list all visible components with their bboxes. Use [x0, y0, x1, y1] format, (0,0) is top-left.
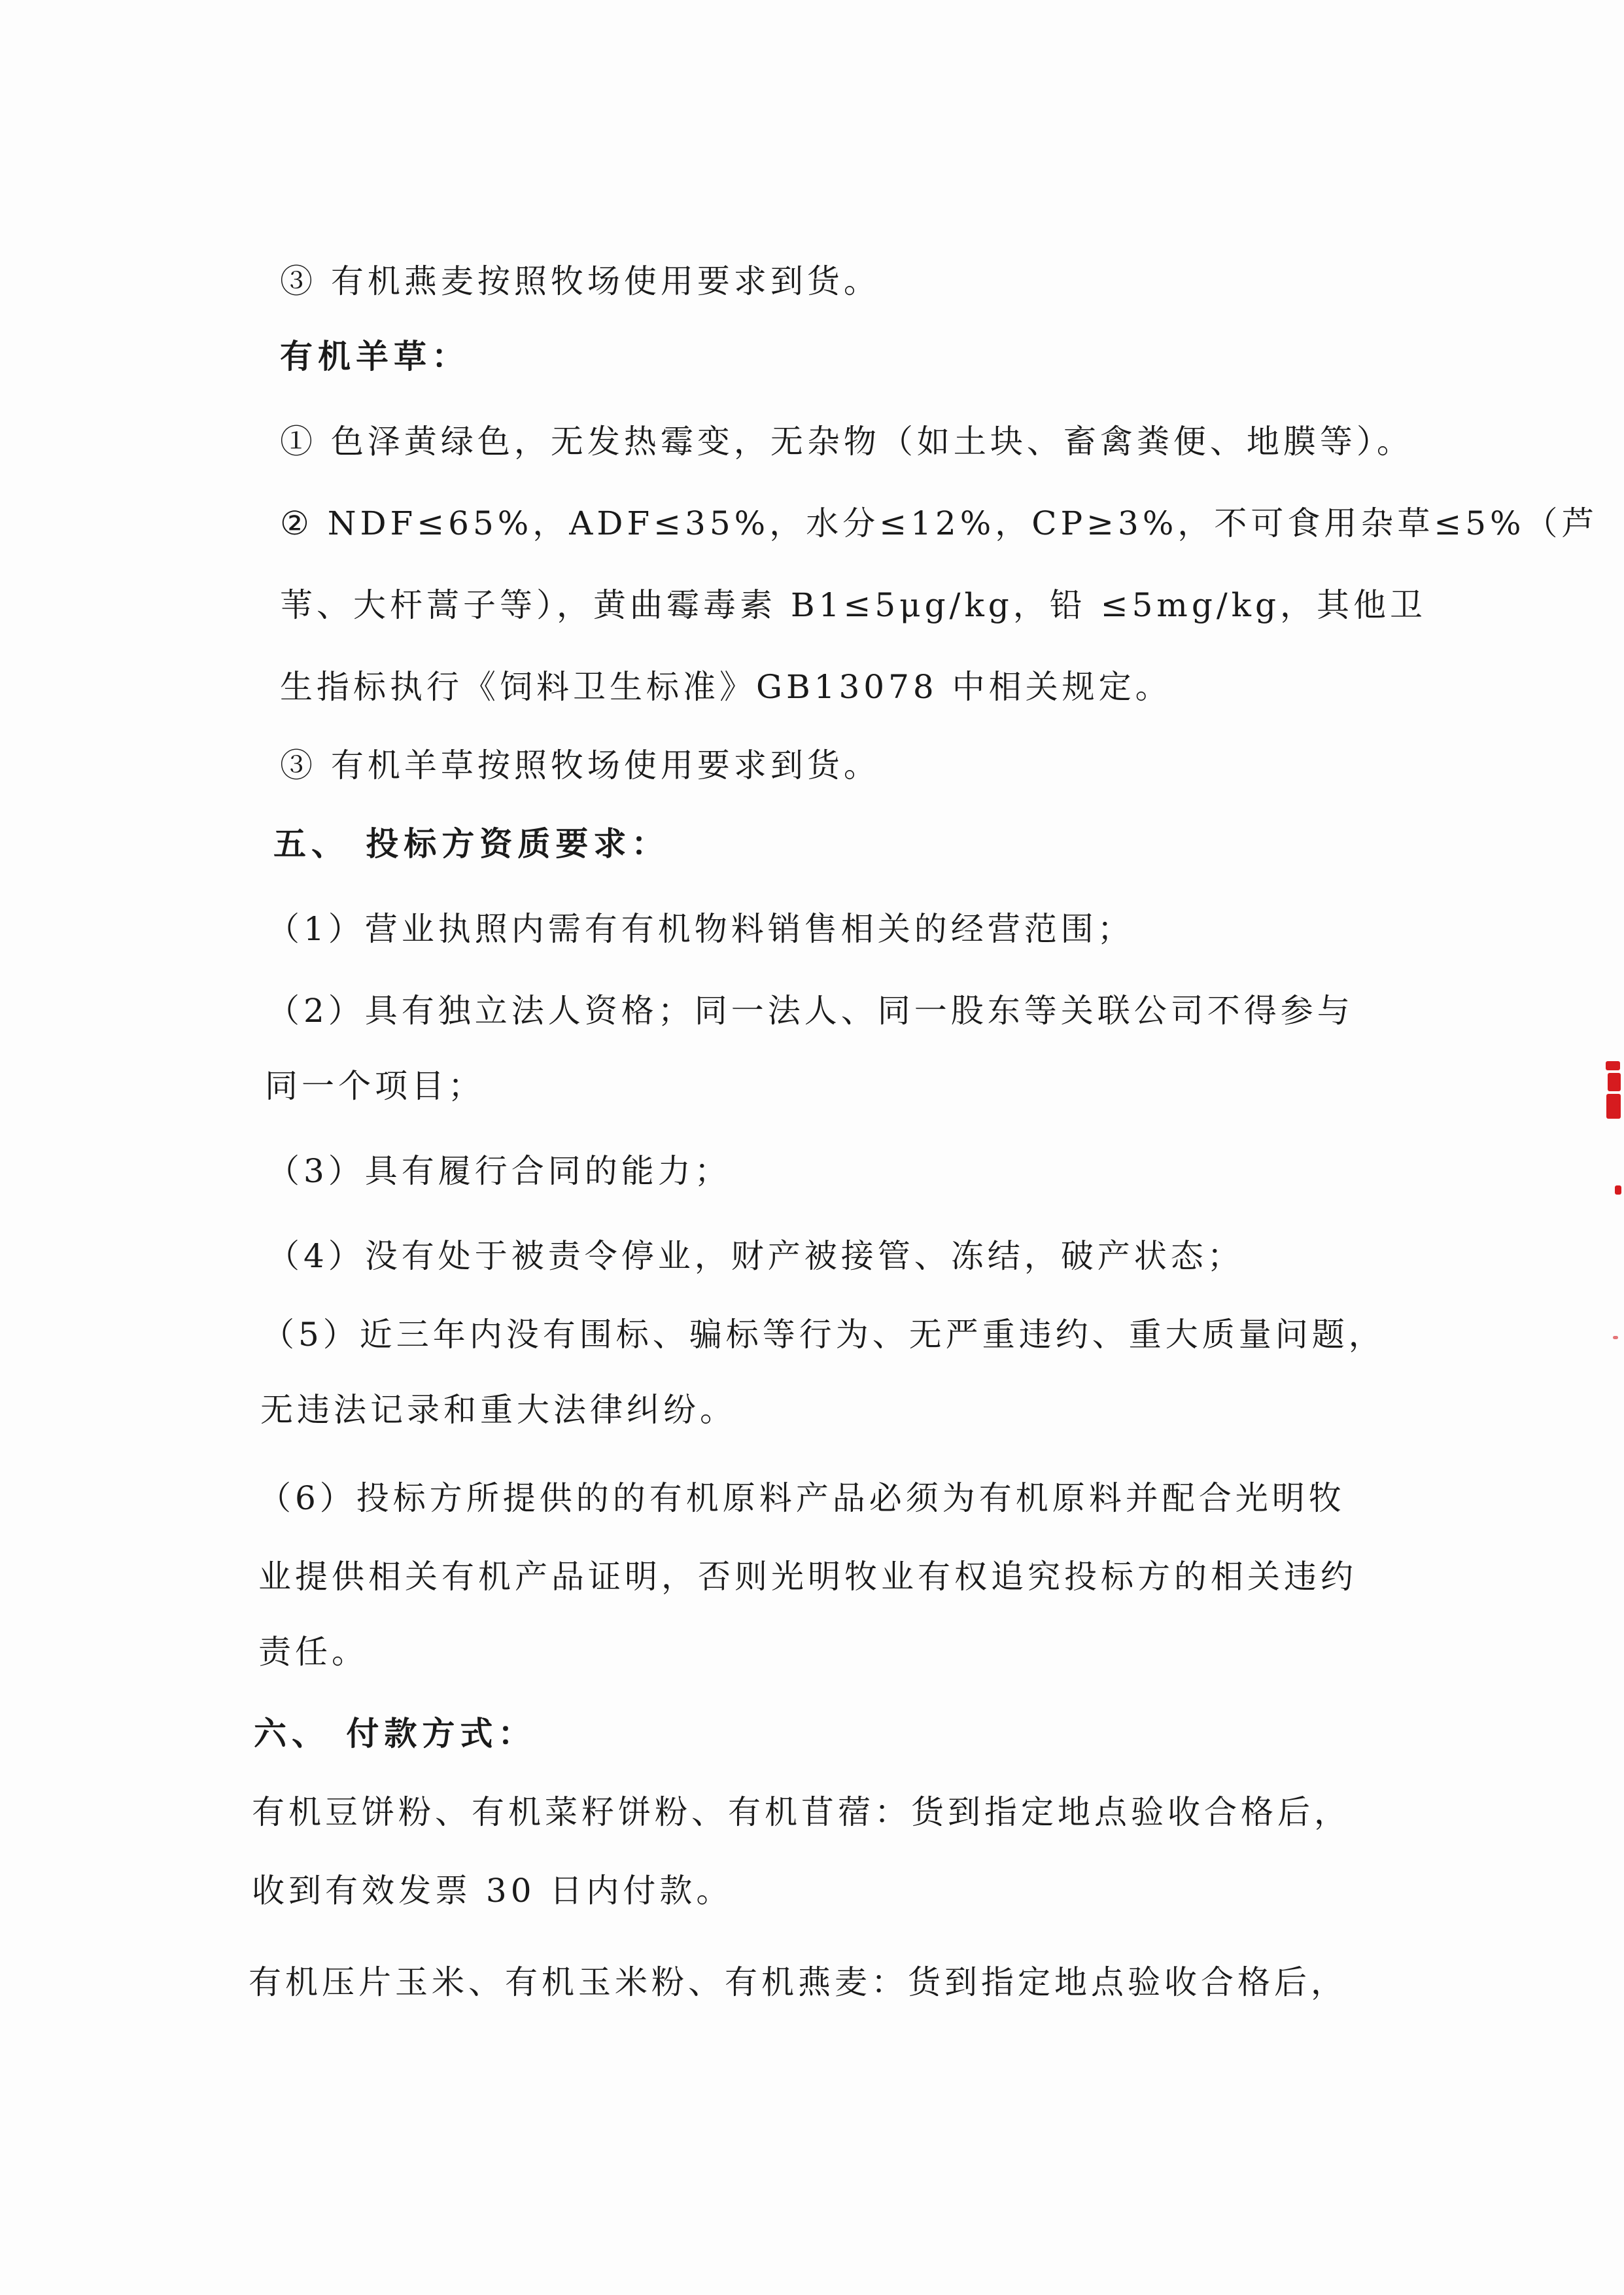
- requirement-3: （3）具有履行合同的能力；: [267, 1148, 731, 1194]
- seal-mark-4: [1615, 1185, 1621, 1195]
- hay-arrival-item: ③ 有机羊草按照牧场使用要求到货。: [280, 743, 880, 788]
- section-6-heading: 六、 付款方式：: [254, 1711, 536, 1757]
- hay-appearance-item: ① 色泽黄绿色，无发热霉变，无杂物（如土块、畜禽粪便、地膜等）。: [280, 419, 1413, 464]
- hay-spec-line-2: 苇、大杆蒿子等），黄曲霉毒素 B1≤5μg/kg，铅 ≤5mg/kg，其他卫: [280, 582, 1426, 628]
- payment-term-1-line-1: 有机豆饼粉、有机菜籽饼粉、有机苜蓿：货到指定地点验收合格后，: [252, 1789, 1351, 1835]
- requirement-6-line-2: 业提供相关有机产品证明，否则光明牧业有权追究投标方的相关违约: [258, 1554, 1357, 1600]
- seal-mark-3: [1606, 1094, 1621, 1119]
- seal-mark-5: [1613, 1336, 1618, 1339]
- payment-term-2-line-1: 有机压片玉米、有机玉米粉、有机燕麦：货到指定地点验收合格后，: [249, 1959, 1347, 2005]
- requirement-5-line-2: 无违法记录和重大法律纠纷。: [260, 1387, 736, 1433]
- hay-spec-line-1: ② NDF≤65%，ADF≤35%，水分≤12%，CP≥3%，不可食用杂草≤5%…: [280, 500, 1598, 546]
- requirement-4: （4）没有处于被责令停业，财产被接管、冻结，破产状态；: [267, 1233, 1244, 1279]
- hay-spec-line-3: 生指标执行《饲料卫生标准》GB13078 中相关规定。: [280, 664, 1172, 710]
- requirement-6-line-3: 责任。: [258, 1629, 368, 1675]
- requirement-1: （1）营业执照内需有有机物料销售相关的经营范围；: [267, 906, 1134, 952]
- oat-arrival-item: ③ 有机燕麦按照牧场使用要求到货。: [280, 258, 880, 304]
- organic-hay-heading: 有机羊草：: [280, 334, 470, 379]
- requirement-2-line-2: 同一个项目；: [265, 1063, 485, 1109]
- requirement-5-line-1: （5）近三年内没有围标、骗标等行为、无严重违约、重大质量问题，: [262, 1312, 1385, 1358]
- seal-mark-2: [1608, 1073, 1621, 1091]
- section-5-heading: 五、 投标方资质要求：: [273, 821, 669, 867]
- document-page: ③ 有机燕麦按照牧场使用要求到货。 有机羊草： ① 色泽黄绿色，无发热霉变，无杂…: [0, 0, 1624, 2295]
- requirement-6-line-1: （6）投标方所提供的的有机原料产品必须为有机原料并配合光明牧: [258, 1475, 1345, 1521]
- payment-term-1-line-2: 收到有效发票 30 日内付款。: [252, 1868, 733, 1914]
- seal-mark-1: [1606, 1061, 1620, 1070]
- requirement-2-line-1: （2）具有独立法人资格；同一法人、同一股东等关联公司不得参与: [267, 988, 1354, 1034]
